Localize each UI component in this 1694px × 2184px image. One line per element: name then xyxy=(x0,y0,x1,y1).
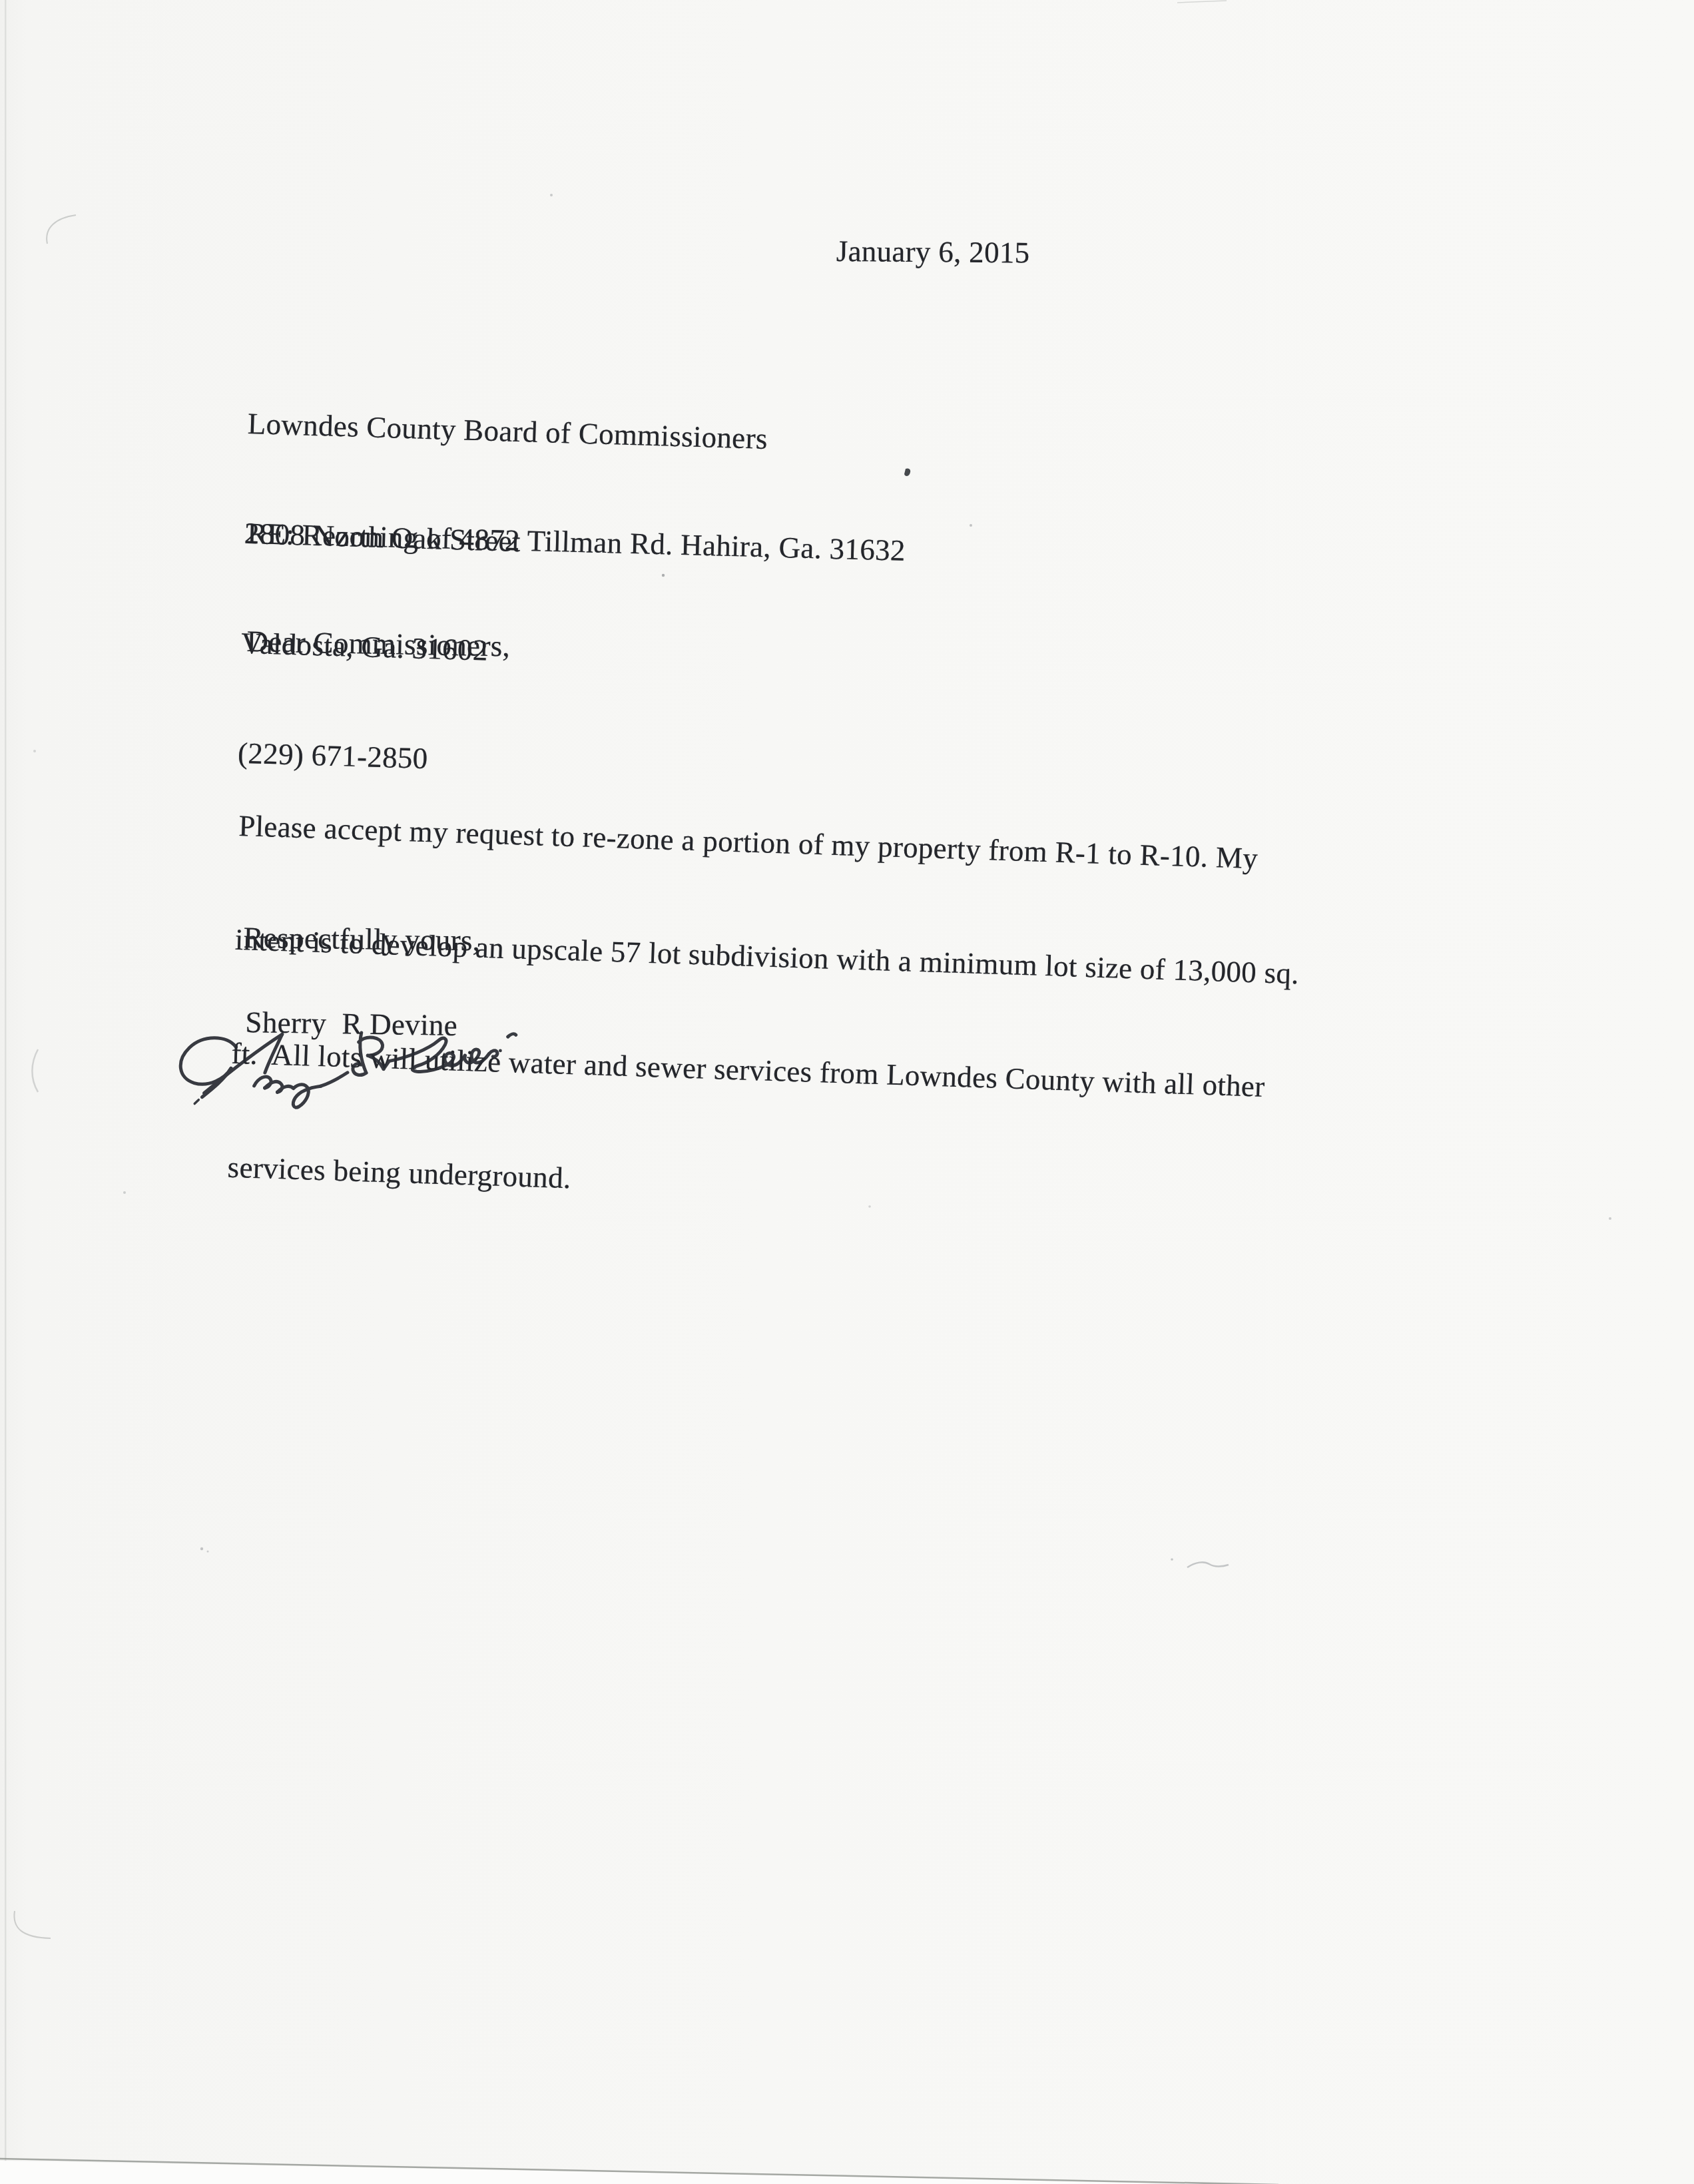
ink-dot xyxy=(904,468,910,476)
scan-edge-top xyxy=(1177,1,1227,3)
scan-speck xyxy=(207,1551,209,1553)
handwritten-signature-icon xyxy=(167,1019,541,1125)
scan-artifact-arc-bottom-left xyxy=(14,1911,51,1938)
scanned-letter-page: January 6, 2015 Lowndes County Board of … xyxy=(0,0,1694,2184)
scan-speck xyxy=(1171,1558,1173,1561)
body-line: services being underground. xyxy=(227,1149,1292,1221)
scan-speck xyxy=(123,1191,126,1194)
scan-artifact-paren-left xyxy=(32,1049,38,1092)
scan-speck xyxy=(33,750,36,752)
salutation-line: Dear Commissioners, xyxy=(246,623,511,665)
scan-edge-left xyxy=(5,0,7,2184)
letter-date: January 6, 2015 xyxy=(836,233,1030,272)
scan-speck xyxy=(1609,1217,1611,1220)
paper-bottom-edge xyxy=(0,2159,1278,2184)
scanner-background-bottom xyxy=(0,2161,1259,2184)
scan-speck xyxy=(550,194,553,196)
body-line: Please accept my request to re-zone a po… xyxy=(238,807,1303,880)
scan-speck xyxy=(970,524,972,527)
closing-line: Respectfully yours, xyxy=(243,920,480,959)
scan-speck xyxy=(200,1547,203,1550)
scan-artifact-smudge xyxy=(1187,1562,1229,1567)
recipient-name: Lowndes County Board of Commissioners xyxy=(247,406,768,457)
scan-artifact-arc-top-left xyxy=(47,215,76,244)
